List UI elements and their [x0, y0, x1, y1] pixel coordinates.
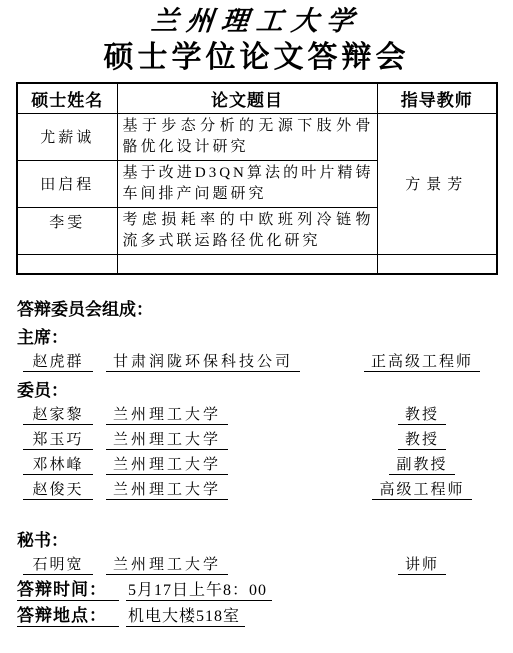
empty-cell	[117, 254, 377, 274]
defense-time-label: 答辩时间：	[17, 575, 119, 601]
page-title: 硕士学位论文答辩会	[0, 39, 513, 76]
thesis-title-cell: 基于步态分析的无源下肢外骨骼优化设计研究	[117, 113, 377, 160]
person-affiliation: 甘肃润陇环保科技公司	[106, 350, 300, 372]
committee-section: 答辩委员会组成： 主席： 赵虎群 甘肃润陇环保科技公司 正高级工程师 委员： 赵…	[0, 300, 513, 627]
members-heading: 委员：	[17, 381, 497, 400]
member-row: 邓林峰 兰州理工大学 副教授	[17, 456, 497, 475]
defense-location-label: 答辩地点：	[17, 601, 119, 627]
empty-cell	[377, 254, 497, 274]
person-title-box: 副教授	[347, 453, 497, 475]
person-affiliation: 兰州理工大学	[106, 428, 228, 450]
committee-section-title: 答辩委员会组成：	[17, 300, 497, 319]
person-name: 石明宽	[23, 553, 93, 575]
student-name-cell: 尤薪诚	[17, 113, 117, 160]
person-title-box: 教授	[347, 428, 497, 450]
col-header-student-name: 硕士姓名	[17, 83, 117, 113]
person-title-box: 高级工程师	[347, 478, 497, 500]
university-logo: 兰州理工大学	[0, 0, 513, 39]
table-header-row: 硕士姓名 论文题目 指导教师	[17, 83, 497, 113]
person-title: 教授	[398, 428, 446, 450]
person-affiliation: 兰州理工大学	[106, 553, 228, 575]
person-title-box: 教授	[347, 403, 497, 425]
person-name: 邓林峰	[23, 453, 93, 475]
defense-location-row: 答辩地点： 机电大楼518室	[17, 607, 497, 627]
person-affiliation: 兰州理工大学	[106, 478, 228, 500]
member-row: 赵俊天 兰州理工大学 高级工程师	[17, 481, 497, 500]
member-row: 赵家黎 兰州理工大学 教授	[17, 406, 497, 425]
supervisor-cell: 方景芳	[377, 113, 497, 254]
defense-location-value: 机电大楼518室	[126, 603, 245, 627]
secretary-row: 石明宽 兰州理工大学 讲师	[17, 556, 497, 575]
thesis-title-cell: 考虑损耗率的中欧班列冷链物流多式联运路径优化研究	[117, 207, 377, 254]
person-name: 赵家黎	[23, 403, 93, 425]
person-affiliation: 兰州理工大学	[106, 453, 228, 475]
person-title: 副教授	[389, 453, 454, 475]
student-name-cell: 李雯	[17, 207, 117, 254]
student-name-cell: 田启程	[17, 160, 117, 207]
person-title: 讲师	[398, 553, 446, 575]
empty-table-row	[17, 254, 497, 274]
person-name: 郑玉巧	[23, 428, 93, 450]
chair-row: 赵虎群 甘肃润陇环保科技公司 正高级工程师	[17, 353, 497, 372]
person-title: 教授	[398, 403, 446, 425]
person-title-box: 讲师	[347, 553, 497, 575]
member-row: 郑玉巧 兰州理工大学 教授	[17, 431, 497, 450]
defense-time-value: 5月17日上午8：00	[126, 577, 272, 601]
document-page: 兰州理工大学 硕士学位论文答辩会 硕士姓名 论文题目 指导教师 尤薪诚 基于步态…	[0, 0, 513, 653]
person-name: 赵虎群	[23, 350, 93, 372]
person-title-box: 正高级工程师	[347, 350, 497, 372]
table-row: 尤薪诚 基于步态分析的无源下肢外骨骼优化设计研究 方景芳	[17, 113, 497, 160]
person-affiliation: 兰州理工大学	[106, 403, 228, 425]
secretary-heading: 秘书：	[17, 531, 497, 550]
thesis-title-cell: 基于改进D3QN算法的叶片精铸车间排产问题研究	[117, 160, 377, 207]
person-title: 高级工程师	[372, 478, 471, 500]
chair-heading: 主席：	[17, 328, 497, 347]
col-header-supervisor: 指导教师	[377, 83, 497, 113]
person-title: 正高级工程师	[364, 350, 480, 372]
defense-time-row: 答辩时间： 5月17日上午8：00	[17, 581, 497, 601]
person-name: 赵俊天	[23, 478, 93, 500]
empty-cell	[17, 254, 117, 274]
defense-table: 硕士姓名 论文题目 指导教师 尤薪诚 基于步态分析的无源下肢外骨骼优化设计研究 …	[16, 82, 498, 275]
col-header-thesis-title: 论文题目	[117, 83, 377, 113]
